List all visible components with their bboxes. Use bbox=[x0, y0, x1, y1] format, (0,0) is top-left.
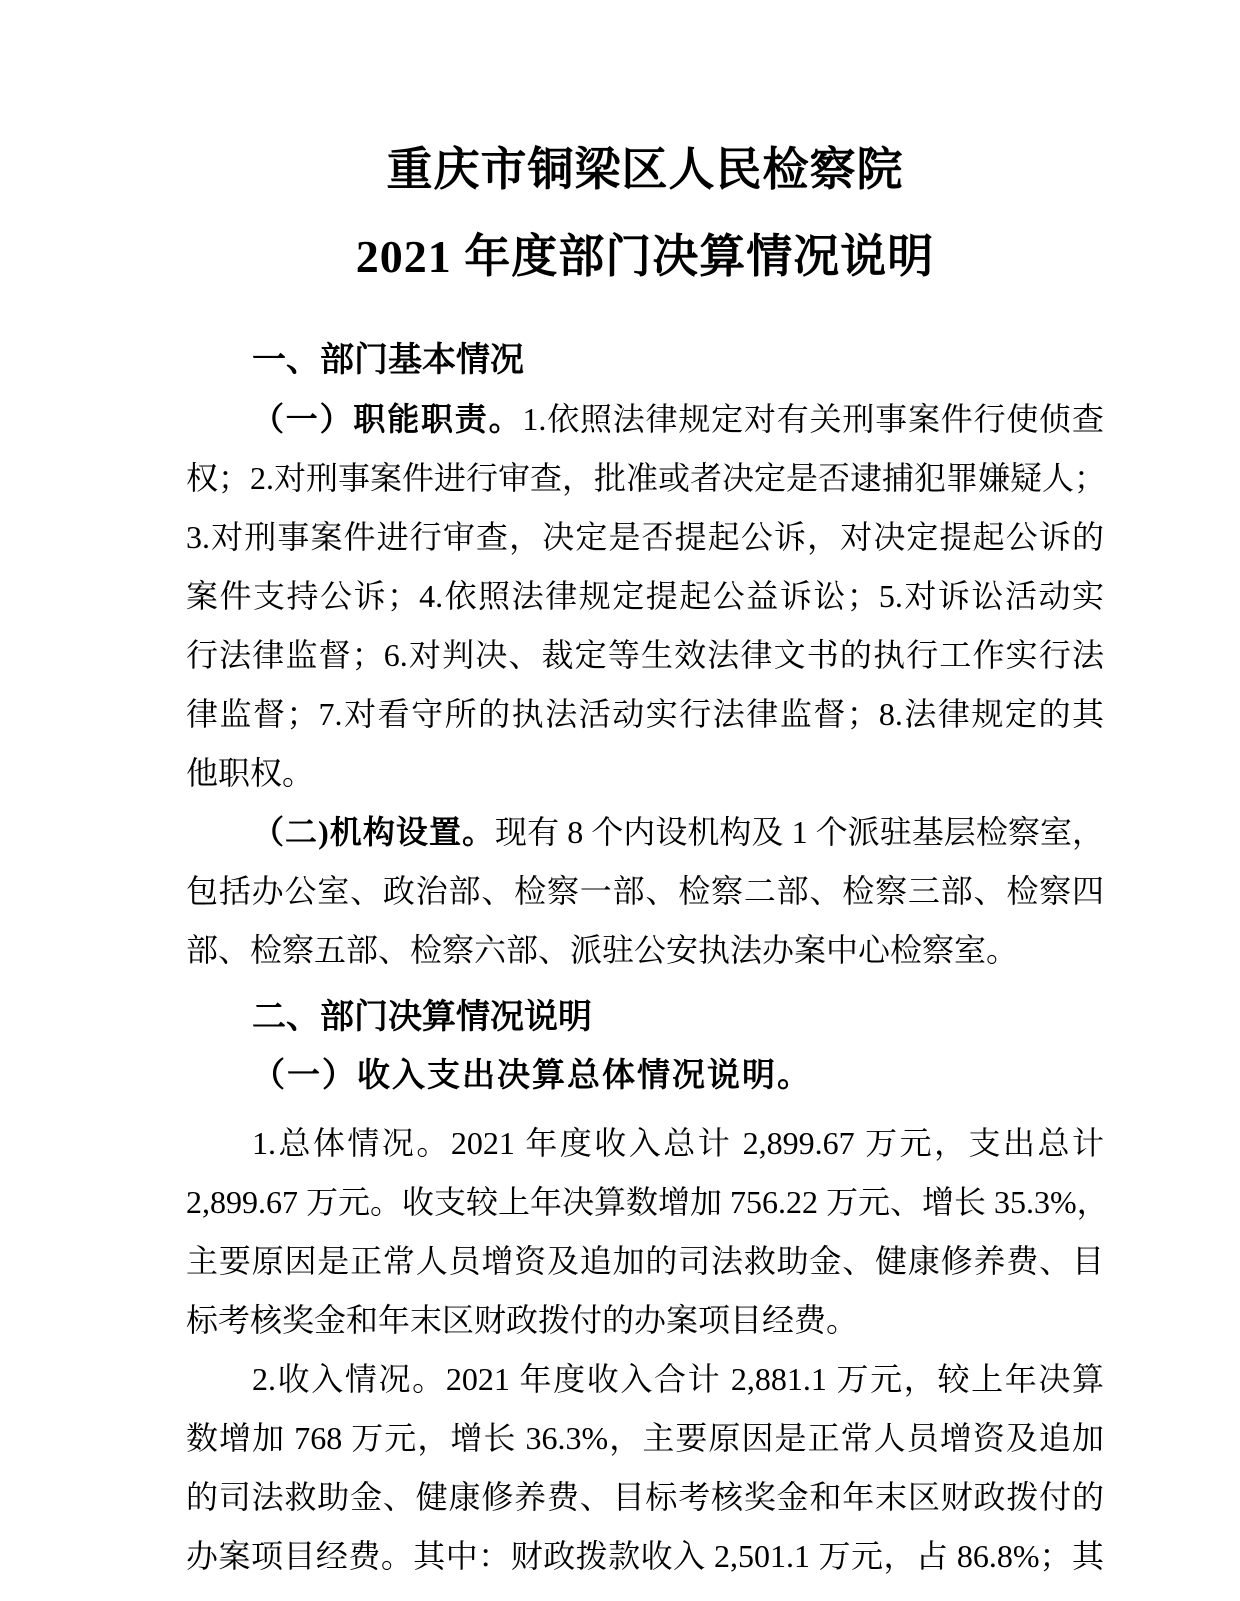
doc-title-line-1: 重庆市铜梁区人民检察院 bbox=[186, 140, 1104, 200]
paragraph-overall-situation: 1.总体情况。2021 年度收入总计 2,899.67 万元，支出总计 2,89… bbox=[186, 1114, 1104, 1350]
paragraph-duties: （一）职能职责。1.依照法律规定对有关刑事案件行使侦查 权；2.对刑事案件进行审… bbox=[186, 390, 1104, 803]
doc-title-line-2: 2021 年度部门决算情况说明 bbox=[186, 227, 1104, 287]
paragraph-income-situation: 2.收入情况。2021 年度收入合计 2,881.1 万元，较上年决算 数增加 … bbox=[186, 1350, 1104, 1586]
text-run: 现有 8 个内设机构及 1 个派驻基层检察室， bbox=[495, 814, 1104, 850]
paragraph-lead-duties: （一）职能职责。 bbox=[252, 401, 522, 437]
text-line: 办案项目经费。其中：财政拨款收入 2,501.1 万元，占 86.8%；其 bbox=[186, 1527, 1104, 1586]
text-line: 包括办公室、政治部、检察一部、检察二部、检察三部、检察四 bbox=[186, 862, 1104, 921]
text-line: 行法律监督；6.对判决、裁定等生效法律文书的执行工作实行法 bbox=[186, 626, 1104, 685]
document-content: 重庆市铜梁区人民检察院 2021 年度部门决算情况说明 一、部门基本情况 （一）… bbox=[186, 0, 1104, 1586]
text-run: 1.依照法律规定对有关刑事案件行使侦查 bbox=[522, 401, 1104, 437]
text-line: （二)机构设置。现有 8 个内设机构及 1 个派驻基层检察室， bbox=[186, 803, 1104, 862]
text-line: 律监督；7.对看守所的执法活动实行法律监督；8.法律规定的其 bbox=[186, 685, 1104, 744]
text-line: 权；2.对刑事案件进行审查，批准或者决定是否逮捕犯罪嫌疑人； bbox=[186, 449, 1104, 508]
text-line: 数增加 768 万元，增长 36.3%，主要原因是正常人员增资及追加 bbox=[186, 1409, 1104, 1468]
subsection-heading-income-expenditure: （一）收入支出决算总体情况说明。 bbox=[186, 1047, 1104, 1106]
text-line: （一）职能职责。1.依照法律规定对有关刑事案件行使侦查 bbox=[186, 390, 1104, 449]
text-line: 2.收入情况。2021 年度收入合计 2,881.1 万元，较上年决算 bbox=[186, 1350, 1104, 1409]
text-line: 1.总体情况。2021 年度收入总计 2,899.67 万元，支出总计 bbox=[186, 1114, 1104, 1173]
text-line: 主要原因是正常人员增资及追加的司法救助金、健康修养费、目 bbox=[186, 1232, 1104, 1291]
text-line: 3.对刑事案件进行审查，决定是否提起公诉，对决定提起公诉的 bbox=[186, 508, 1104, 567]
section-heading-final-accounts: 二、部门决算情况说明 bbox=[186, 988, 1104, 1047]
text-line: 他职权。 bbox=[186, 744, 1104, 803]
text-line: 案件支持公诉；4.依照法律规定提起公益诉讼；5.对诉讼活动实 bbox=[186, 567, 1104, 626]
text-line: 部、检察五部、检察六部、派驻公安执法办案中心检察室。 bbox=[186, 921, 1104, 980]
section-heading-basic-info: 一、部门基本情况 bbox=[186, 331, 1104, 390]
text-line: 2,899.67 万元。收支较上年决算数增加 756.22 万元、增长 35.3… bbox=[186, 1173, 1104, 1232]
text-line: 的司法救助金、健康修养费、目标考核奖金和年末区财政拨付的 bbox=[186, 1468, 1104, 1527]
document-page: 重庆市铜梁区人民检察院 2021 年度部门决算情况说明 一、部门基本情况 （一）… bbox=[0, 0, 1240, 1601]
paragraph-lead-organization: （二)机构设置。 bbox=[252, 814, 495, 850]
paragraph-organization: （二)机构设置。现有 8 个内设机构及 1 个派驻基层检察室， 包括办公室、政治… bbox=[186, 803, 1104, 980]
text-line: 标考核奖金和年末区财政拨付的办案项目经费。 bbox=[186, 1291, 1104, 1350]
